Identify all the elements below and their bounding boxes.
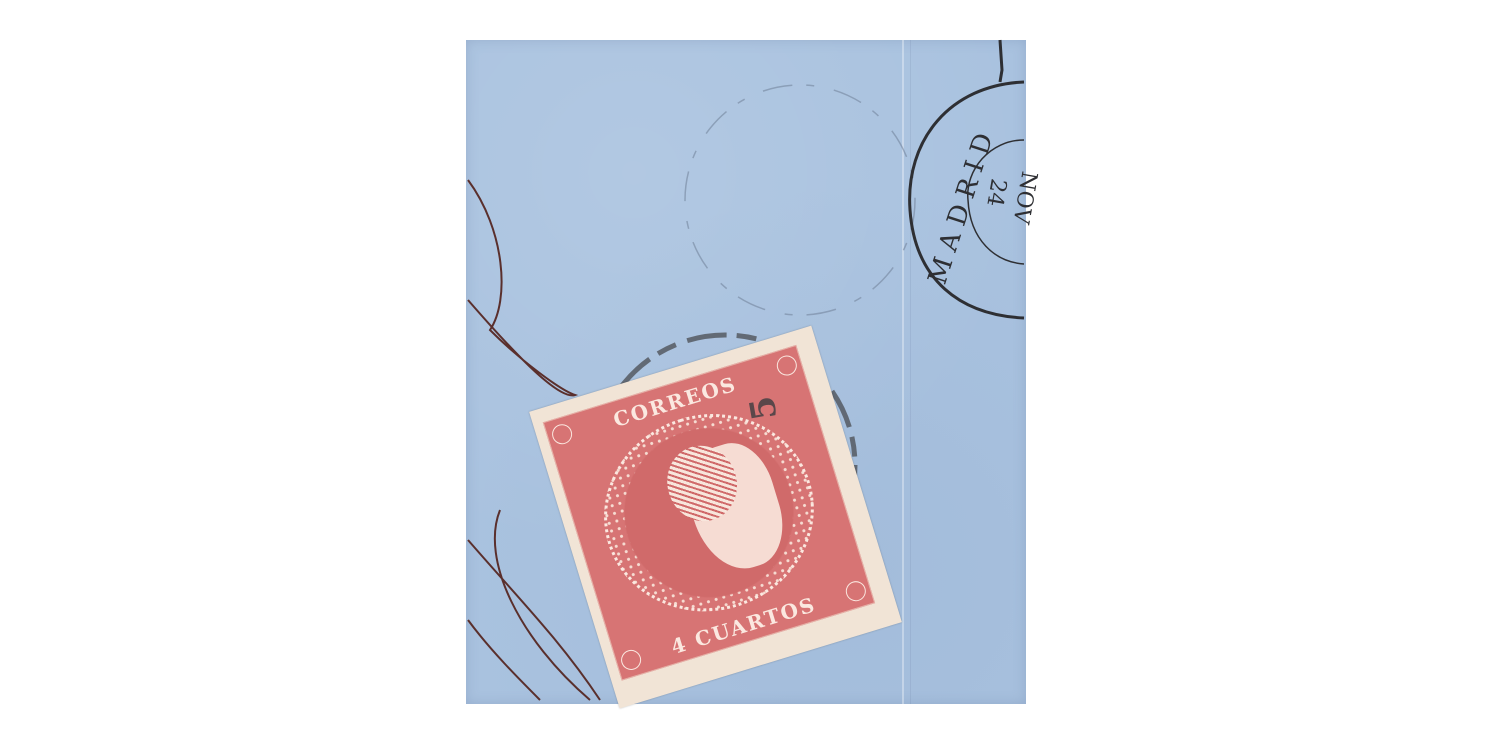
madrid-day: 24 [981, 177, 1010, 209]
pen-stroke-upper [468, 180, 575, 395]
ghost-postmark-circle [685, 85, 915, 315]
postmark-fragment-top [1000, 40, 1002, 82]
